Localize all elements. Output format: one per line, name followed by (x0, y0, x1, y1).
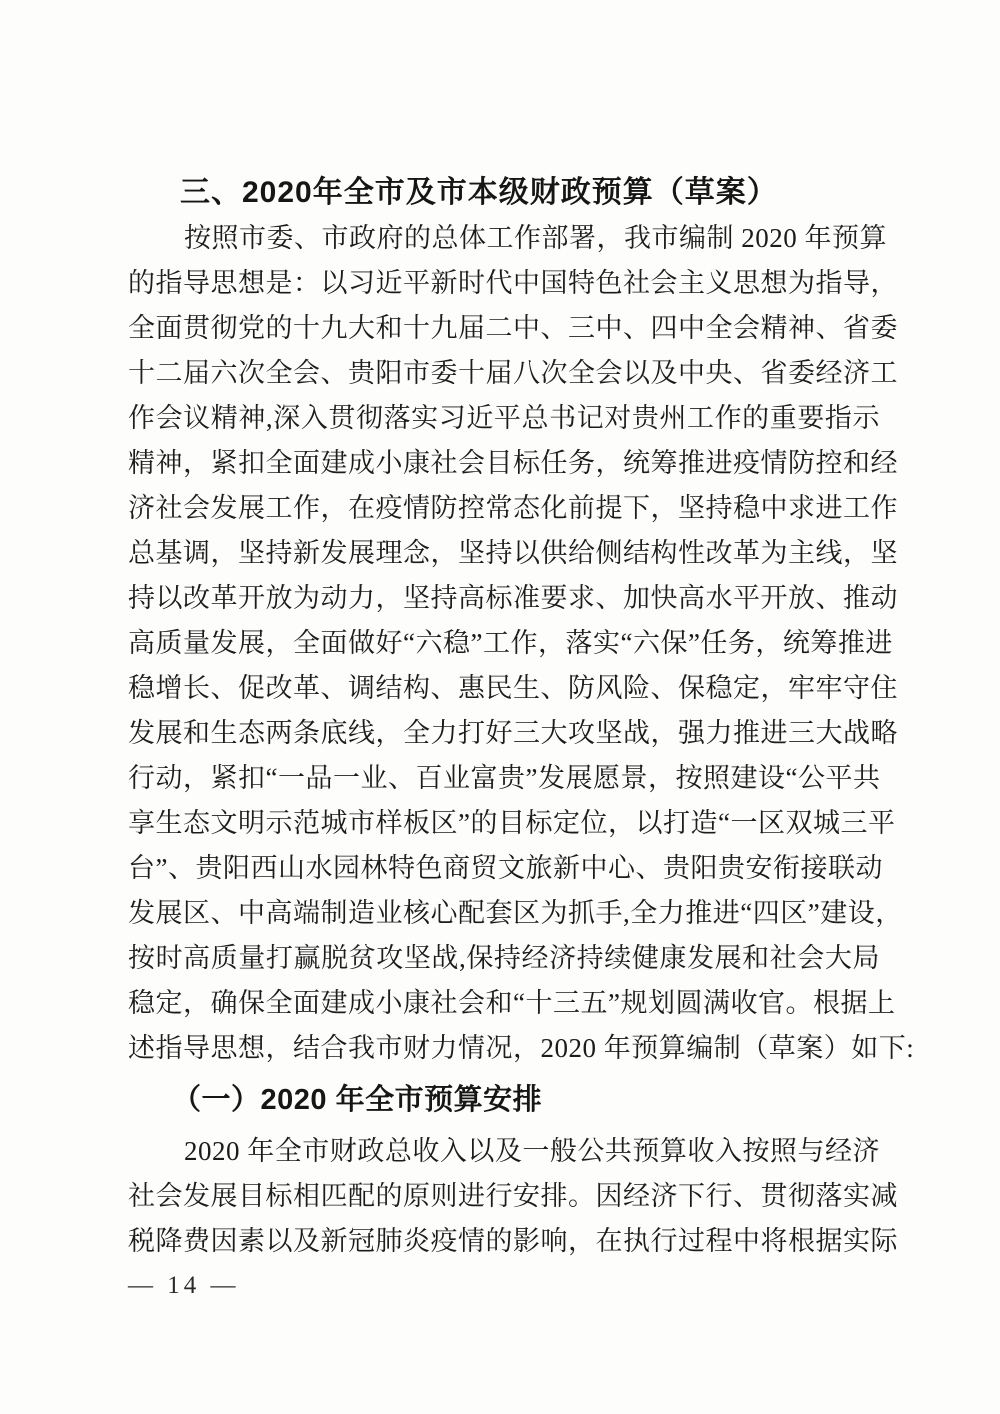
paragraph-guiding-ideology: 按照市委、市政府的总体工作部署，我市编制 2020 年预算的指导思想是：以习近平… (128, 216, 880, 1071)
paragraph-budget-arrangement: 2020 年全市财政总收入以及一般公共预算收入按照与经济社会发展目标相匹配的原则… (128, 1129, 880, 1264)
text-line: 高质量发展，全面做好“六稳”工作，落实“六保”任务，统筹推进 (128, 621, 880, 666)
text-line: 税降费因素以及新冠肺炎疫情的影响，在执行过程中将根据实际 (128, 1219, 880, 1264)
text-line: 按时高质量打赢脱贫攻坚战,保持经济持续健康发展和社会大局 (128, 936, 880, 981)
subsection-heading-citywide-budget: （一）2020 年全市预算安排 (128, 1077, 880, 1123)
text-line: 享生态文明示范城市样板区”的目标定位，以打造“一区双城三平 (128, 801, 880, 846)
text-line: 作会议精神,深入贯彻落实习近平总书记对贵州工作的重要指示 (128, 396, 880, 441)
text-line: 行动，紧扣“一品一业、百业富贵”发展愿景，按照建设“公平共 (128, 756, 880, 801)
text-line: 总基调，坚持新发展理念，坚持以供给侧结构性改革为主线，坚 (128, 531, 880, 576)
document-page: 三、2020年全市及市本级财政预算（草案） 按照市委、市政府的总体工作部署，我市… (0, 0, 1000, 1414)
text-line: 全面贯彻党的十九大和十九届二中、三中、四中全会精神、省委 (128, 306, 880, 351)
text-line: 发展和生态两条底线，全力打好三大攻坚战，强力推进三大战略 (128, 711, 880, 756)
text-line: 的指导思想是：以习近平新时代中国特色社会主义思想为指导， (128, 261, 880, 306)
text-line: 十二届六次全会、贵阳市委十届八次全会以及中央、省委经济工 (128, 351, 880, 396)
text-line: 社会发展目标相匹配的原则进行安排。因经济下行、贯彻落实减 (128, 1174, 880, 1219)
text-line: 稳增长、促改革、调结构、惠民生、防风险、保稳定，牢牢守住 (128, 666, 880, 711)
text-line: 2020 年全市财政总收入以及一般公共预算收入按照与经济 (128, 1129, 880, 1174)
text-line: 台”、贵阳西山水园林特色商贸文旅新中心、贵阳贵安衔接联动 (128, 846, 880, 891)
text-line: 持以改革开放为动力，坚持高标准要求、加快高水平开放、推动 (128, 576, 880, 621)
text-line: 按照市委、市政府的总体工作部署，我市编制 2020 年预算 (128, 216, 880, 261)
text-line: 述指导思想，结合我市财力情况，2020 年预算编制（草案）如下: (128, 1026, 880, 1071)
text-line: 精神，紧扣全面建成小康社会目标任务，统筹推进疫情防控和经 (128, 441, 880, 486)
section-title: 三、2020年全市及市本级财政预算（草案） (128, 170, 880, 216)
text-line: 发展区、中高端制造业核心配套区为抓手,全力推进“四区”建设， (128, 891, 880, 936)
document-content: 三、2020年全市及市本级财政预算（草案） 按照市委、市政府的总体工作部署，我市… (128, 170, 880, 1264)
page-number: — 14 — (128, 1272, 240, 1300)
text-line: 稳定，确保全面建成小康社会和“十三五”规划圆满收官。根据上 (128, 981, 880, 1026)
text-line: 济社会发展工作，在疫情防控常态化前提下，坚持稳中求进工作 (128, 486, 880, 531)
